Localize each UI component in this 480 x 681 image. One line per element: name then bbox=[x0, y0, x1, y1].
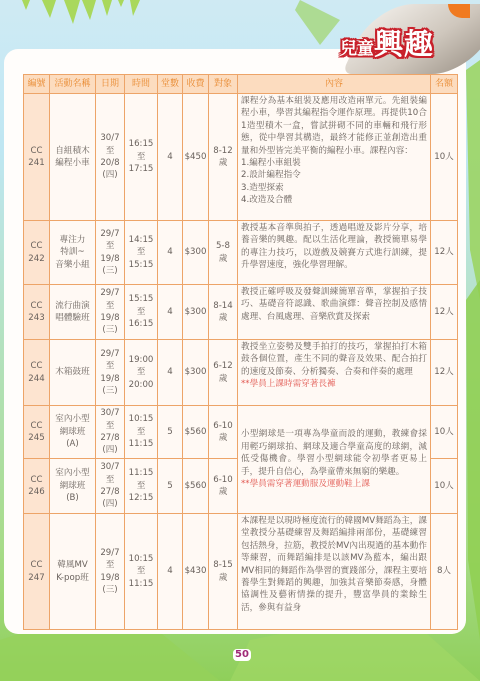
sessions: 4 bbox=[158, 94, 183, 221]
time: 14:15至15:15 bbox=[125, 221, 158, 285]
age-line: 6-12 bbox=[210, 360, 236, 372]
date: 30/7至20/8(四) bbox=[96, 94, 125, 221]
code-prefix: CC bbox=[25, 300, 48, 312]
date-line: 至 bbox=[97, 474, 123, 486]
activity-name: 流行曲演唱體驗班 bbox=[50, 285, 96, 340]
age-line: 歲 bbox=[210, 432, 236, 444]
table-row: CC245 室內小型網球班(A) 30/7至27/8(四) 10:15至11:1… bbox=[24, 406, 458, 459]
code-number: 247 bbox=[25, 572, 48, 584]
age-line: 歲 bbox=[210, 253, 236, 265]
date-line: 至 bbox=[97, 145, 123, 157]
table-row: CC242 專注力特訓~音樂小組 29/7至19/8(三) 14:15至15:1… bbox=[24, 221, 458, 285]
target-age: 6-10歲 bbox=[209, 459, 238, 514]
date: 30/7至27/8(四) bbox=[96, 406, 125, 459]
date-line: 至 bbox=[97, 240, 123, 252]
course-content: 課程分為基本組裝及應用改造兩單元。先組裝編程小車，學習其編程指令運作原理。再提供… bbox=[238, 94, 431, 221]
target-age: 8-15歲 bbox=[209, 514, 238, 630]
target-age: 6-12歲 bbox=[209, 340, 238, 406]
code-prefix: CC bbox=[25, 420, 48, 432]
activity-name: 木箱鼓班 bbox=[50, 340, 96, 406]
fee: $300 bbox=[183, 221, 209, 285]
code-number: 243 bbox=[25, 312, 48, 324]
sessions: 5 bbox=[158, 459, 183, 514]
date-line: 29/7 bbox=[97, 228, 123, 240]
column-header-quota: 名額 bbox=[431, 75, 458, 94]
code-prefix: CC bbox=[25, 145, 48, 157]
content-text: 教授正確呼吸及發聲訓練簡單音準，掌握拍子技巧、基礎音符認識、歌曲演繹：聲音控制及… bbox=[241, 286, 427, 323]
date-line: 20/8 bbox=[97, 157, 123, 169]
time: 11:15至12:15 bbox=[125, 459, 158, 514]
column-header-code: 編號 bbox=[24, 75, 50, 94]
age-line: 8-14 bbox=[210, 300, 236, 312]
code-prefix: CC bbox=[25, 559, 48, 571]
column-header-sessions: 堂數 bbox=[158, 75, 183, 94]
content-list-item: 1.編程小車組裝 bbox=[241, 157, 427, 169]
name-line: 網球班 bbox=[51, 426, 94, 438]
date-line: 29/7 bbox=[97, 547, 123, 559]
section-title: 兒童興趣 bbox=[340, 22, 434, 63]
quota: 10人 bbox=[431, 406, 458, 459]
name-line: 室內小型 bbox=[51, 413, 94, 425]
date-line: 至 bbox=[97, 420, 123, 432]
date-line: 29/7 bbox=[97, 348, 123, 360]
quota: 12人 bbox=[431, 221, 458, 285]
name-line: 唱體驗班 bbox=[51, 312, 94, 324]
date-line: (四) bbox=[97, 169, 123, 181]
course-code: CC242 bbox=[24, 221, 50, 285]
course-content: 教授坐立姿勢及雙手拍打的技巧，掌握拍打木箱鼓各個位置，產生不同的聲音及效果、配合… bbox=[238, 340, 431, 406]
quota: 12人 bbox=[431, 285, 458, 340]
time-line: 20:00 bbox=[126, 379, 156, 391]
code-number: 241 bbox=[25, 157, 48, 169]
content-list-item: 3.造型探索 bbox=[241, 182, 427, 194]
code-prefix: CC bbox=[25, 474, 48, 486]
age-line: 5-8 bbox=[210, 240, 236, 252]
date-line: 19/8 bbox=[97, 312, 123, 324]
name-line: 自組積木 bbox=[51, 145, 94, 157]
content-list-item: 2.設計編程指令 bbox=[241, 169, 427, 181]
table-row: CC241 自組積木編程小車 30/7至20/8(四) 16:15至17:15 … bbox=[24, 94, 458, 221]
age-line: 6-10 bbox=[210, 474, 236, 486]
column-header-content: 內容 bbox=[238, 75, 431, 94]
name-line: K-pop班 bbox=[51, 572, 94, 584]
fee: $300 bbox=[183, 285, 209, 340]
page-number: 50 bbox=[233, 649, 251, 661]
time-line: 11:15 bbox=[126, 467, 156, 479]
table-row: CC247 韓風MVK-pop班 29/7至19/8(三) 10:15至11:1… bbox=[24, 514, 458, 630]
time-line: 15:15 bbox=[126, 259, 156, 271]
time: 10:15至11:15 bbox=[125, 514, 158, 630]
quota: 10人 bbox=[431, 94, 458, 221]
time: 16:15至17:15 bbox=[125, 94, 158, 221]
section-title-badge: 兒童興趣 bbox=[330, 4, 470, 66]
name-line: 特訓~ bbox=[51, 246, 94, 258]
content-text: 本課程是以現時極度流行的韓國MV舞蹈為主，課堂教授分基礎練習及舞蹈編排兩部份，基… bbox=[241, 515, 427, 614]
time-line: 至 bbox=[126, 480, 156, 492]
code-prefix: CC bbox=[25, 360, 48, 372]
course-code: CC246 bbox=[24, 459, 50, 514]
quota: 8人 bbox=[431, 514, 458, 630]
time-line: 11:15 bbox=[126, 578, 156, 590]
name-line: 音樂小組 bbox=[51, 259, 94, 271]
time-line: 16:15 bbox=[126, 138, 156, 150]
date-line: 至 bbox=[97, 360, 123, 372]
date-line: (三) bbox=[97, 584, 123, 596]
date-line: (三) bbox=[97, 324, 123, 336]
name-line: (A) bbox=[51, 438, 94, 450]
time-line: 至 bbox=[126, 246, 156, 258]
age-line: 8-12 bbox=[210, 145, 236, 157]
time-line: 15:15 bbox=[126, 293, 156, 305]
date-line: 30/7 bbox=[97, 132, 123, 144]
course-code: CC247 bbox=[24, 514, 50, 630]
target-age: 5-8歲 bbox=[209, 221, 238, 285]
time-line: 至 bbox=[126, 306, 156, 318]
date-line: 27/8 bbox=[97, 486, 123, 498]
sessions: 5 bbox=[158, 406, 183, 459]
target-age: 8-12歲 bbox=[209, 94, 238, 221]
time-line: 11:15 bbox=[126, 438, 156, 450]
time-line: 至 bbox=[126, 565, 156, 577]
course-content: 本課程是以現時極度流行的韓國MV舞蹈為主，課堂教授分基礎練習及舞蹈編排兩部份，基… bbox=[238, 514, 431, 630]
code-number: 242 bbox=[25, 253, 48, 265]
time-line: 10:15 bbox=[126, 553, 156, 565]
sessions: 4 bbox=[158, 340, 183, 406]
content-text: 教授基本音準與拍子，透過唱遊及影片分享，培養音樂的興趣。配以生活化理論，教授簡單… bbox=[241, 222, 427, 272]
target-age: 6-10歲 bbox=[209, 406, 238, 459]
time-line: 12:15 bbox=[126, 492, 156, 504]
date: 29/7至19/8(三) bbox=[96, 514, 125, 630]
age-line: 歲 bbox=[210, 312, 236, 324]
column-header-activity-name: 活動名稱 bbox=[50, 75, 96, 94]
activity-name: 室內小型網球班(A) bbox=[50, 406, 96, 459]
course-note: **學員上課時需穿著長褲 bbox=[241, 378, 427, 390]
time-line: 至 bbox=[126, 151, 156, 163]
activity-name: 專注力特訓~音樂小組 bbox=[50, 221, 96, 285]
time-line: 19:00 bbox=[126, 354, 156, 366]
age-line: 歲 bbox=[210, 486, 236, 498]
name-line: 木箱鼓班 bbox=[51, 366, 94, 378]
time: 15:15至16:15 bbox=[125, 285, 158, 340]
table-row: CC243 流行曲演唱體驗班 29/7至19/8(三) 15:15至16:15 … bbox=[24, 285, 458, 340]
code-prefix: CC bbox=[25, 240, 48, 252]
name-line: 流行曲演 bbox=[51, 300, 94, 312]
course-content: 教授正確呼吸及發聲訓練簡單音準，掌握拍子技巧、基礎音符認識、歌曲演繹：聲音控制及… bbox=[238, 285, 431, 340]
name-line: 室內小型 bbox=[51, 467, 94, 479]
time-line: 14:15 bbox=[126, 234, 156, 246]
activity-name: 韓風MVK-pop班 bbox=[50, 514, 96, 630]
time-line: 10:15 bbox=[126, 413, 156, 425]
course-schedule-table: 編號 活動名稱 日期 時間 堂數 收費 對象 內容 名額 CC241 自組積木編… bbox=[23, 74, 458, 630]
fee: $560 bbox=[183, 459, 209, 514]
table-header-row: 編號 活動名稱 日期 時間 堂數 收費 對象 內容 名額 bbox=[24, 75, 458, 94]
date: 29/7至19/8(三) bbox=[96, 221, 125, 285]
sessions: 4 bbox=[158, 514, 183, 630]
table-row: CC244 木箱鼓班 29/7至19/8(三) 19:00至20:00 4 $3… bbox=[24, 340, 458, 406]
target-age: 8-14歲 bbox=[209, 285, 238, 340]
date-line: 27/8 bbox=[97, 432, 123, 444]
name-line: 專注力 bbox=[51, 234, 94, 246]
fee: $300 bbox=[183, 340, 209, 406]
content-text: 課程分為基本組裝及應用改造兩單元。先組裝編程小車，學習其編程指令運作原理。再提供… bbox=[241, 95, 427, 157]
date-line: (四) bbox=[97, 444, 123, 456]
date-line: 19/8 bbox=[97, 572, 123, 584]
course-note: **學員需穿著運動服及運動鞋上課 bbox=[241, 478, 427, 490]
name-line: (B) bbox=[51, 492, 94, 504]
course-code: CC244 bbox=[24, 340, 50, 406]
time: 19:00至20:00 bbox=[125, 340, 158, 406]
fee: $430 bbox=[183, 514, 209, 630]
column-header-date: 日期 bbox=[96, 75, 125, 94]
time-line: 17:15 bbox=[126, 163, 156, 175]
age-line: 歲 bbox=[210, 572, 236, 584]
sessions: 4 bbox=[158, 285, 183, 340]
date-line: 29/7 bbox=[97, 287, 123, 299]
course-content: 教授基本音準與拍子，透過唱遊及影片分享，培養音樂的興趣。配以生活化理論，教授簡單… bbox=[238, 221, 431, 285]
content-list-item: 4.改造及合體 bbox=[241, 194, 427, 206]
course-code: CC245 bbox=[24, 406, 50, 459]
content-text: 小型網球是一項專為學童而設的運動，教練會採用輕巧網球拍、網球及適合學童高度的球網… bbox=[241, 428, 427, 478]
date: 29/7至19/8(三) bbox=[96, 340, 125, 406]
course-content: 小型網球是一項專為學童而設的運動，教練會採用輕巧網球拍、網球及適合學童高度的球網… bbox=[238, 406, 431, 514]
date-line: (三) bbox=[97, 385, 123, 397]
quota: 12人 bbox=[431, 340, 458, 406]
name-line: 編程小車 bbox=[51, 157, 94, 169]
time: 10:15至11:15 bbox=[125, 406, 158, 459]
name-line: 網球班 bbox=[51, 480, 94, 492]
content-text: 教授坐立姿勢及雙手拍打的技巧，掌握拍打木箱鼓各個位置，產生不同的聲音及效果、配合… bbox=[241, 341, 427, 378]
age-line: 6-10 bbox=[210, 420, 236, 432]
activity-name: 自組積木編程小車 bbox=[50, 94, 96, 221]
column-header-time: 時間 bbox=[125, 75, 158, 94]
course-code: CC241 bbox=[24, 94, 50, 221]
date: 30/7至27/8(四) bbox=[96, 459, 125, 514]
date-line: (四) bbox=[97, 498, 123, 510]
age-line: 歲 bbox=[210, 157, 236, 169]
name-line: 韓風MV bbox=[51, 559, 94, 571]
date-line: 30/7 bbox=[97, 461, 123, 473]
date-line: 至 bbox=[97, 559, 123, 571]
age-line: 8-15 bbox=[210, 559, 236, 571]
activity-name: 室內小型網球班(B) bbox=[50, 459, 96, 514]
date-line: 19/8 bbox=[97, 253, 123, 265]
code-number: 246 bbox=[25, 486, 48, 498]
fee: $450 bbox=[183, 94, 209, 221]
section-title-big: 興趣 bbox=[374, 27, 434, 61]
date-line: (三) bbox=[97, 265, 123, 277]
code-number: 245 bbox=[25, 432, 48, 444]
quota: 10人 bbox=[431, 459, 458, 514]
age-line: 歲 bbox=[210, 373, 236, 385]
sessions: 4 bbox=[158, 221, 183, 285]
time-line: 至 bbox=[126, 366, 156, 378]
date: 29/7至19/8(三) bbox=[96, 285, 125, 340]
column-header-target: 對象 bbox=[209, 75, 238, 94]
date-line: 至 bbox=[97, 300, 123, 312]
date-line: 30/7 bbox=[97, 407, 123, 419]
section-title-small: 兒童 bbox=[340, 39, 374, 59]
fee: $560 bbox=[183, 406, 209, 459]
date-line: 19/8 bbox=[97, 373, 123, 385]
column-header-fee: 收費 bbox=[183, 75, 209, 94]
time-line: 至 bbox=[126, 426, 156, 438]
code-number: 244 bbox=[25, 373, 48, 385]
course-code: CC243 bbox=[24, 285, 50, 340]
time-line: 16:15 bbox=[126, 318, 156, 330]
